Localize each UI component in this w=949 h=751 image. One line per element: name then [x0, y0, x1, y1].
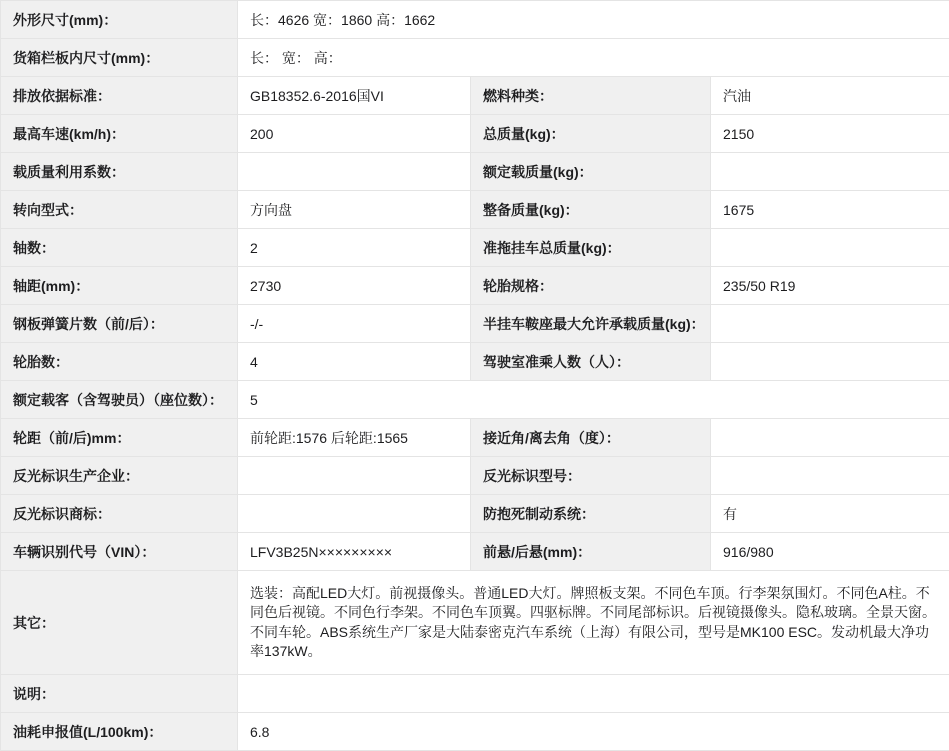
spec-value: 2150 — [711, 115, 949, 153]
spec-label: 前悬/后悬(mm)： — [471, 533, 711, 571]
table-row: 转向型式： 方向盘 整备质量(kg)： 1675 — [1, 191, 949, 229]
table-row: 油耗申报值(L/100km)： 6.8 — [1, 713, 949, 751]
spec-label: 油耗申报值(L/100km)： — [1, 713, 238, 751]
spec-value: 4 — [238, 343, 471, 381]
table-row: 钢板弹簧片数（前/后）： -/- 半挂车鞍座最大允许承载质量(kg)： — [1, 305, 949, 343]
spec-value: 916/980 — [711, 533, 949, 571]
spec-value — [711, 153, 949, 191]
spec-label: 说明： — [1, 675, 238, 713]
spec-label: 外形尺寸(mm)： — [1, 1, 238, 39]
spec-label: 燃料种类： — [471, 77, 711, 115]
table-row: 最高车速(km/h)： 200 总质量(kg)： 2150 — [1, 115, 949, 153]
spec-label: 防抱死制动系统： — [471, 495, 711, 533]
spec-label: 反光标识生产企业： — [1, 457, 238, 495]
spec-value: 2730 — [238, 267, 471, 305]
spec-value: 长：4626 宽：1860 高：1662 — [238, 1, 949, 39]
spec-value: 200 — [238, 115, 471, 153]
spec-label: 载质量利用系数： — [1, 153, 238, 191]
spec-value: 方向盘 — [238, 191, 471, 229]
spec-label: 整备质量(kg)： — [471, 191, 711, 229]
spec-value: 6.8 — [238, 713, 949, 751]
table-row: 额定载客（含驾驶员）（座位数）： 5 — [1, 381, 949, 419]
spec-label: 接近角/离去角（度）： — [471, 419, 711, 457]
spec-value: LFV3B25N××××××××× — [238, 533, 471, 571]
table-row: 反光标识生产企业： 反光标识型号： — [1, 457, 949, 495]
table-row: 说明： — [1, 675, 949, 713]
table-row: 货箱栏板内尺寸(mm)： 长： 宽： 高： — [1, 39, 949, 77]
spec-label: 货箱栏板内尺寸(mm)： — [1, 39, 238, 77]
spec-value — [711, 419, 949, 457]
spec-label: 其它： — [1, 571, 238, 675]
spec-value: 235/50 R19 — [711, 267, 949, 305]
spec-value: 1675 — [711, 191, 949, 229]
spec-label: 反光标识商标： — [1, 495, 238, 533]
spec-table: 外形尺寸(mm)： 长：4626 宽：1860 高：1662 货箱栏板内尺寸(m… — [0, 0, 949, 751]
spec-label: 反光标识型号： — [471, 457, 711, 495]
spec-label: 车辆识别代号（VIN）： — [1, 533, 238, 571]
spec-value — [711, 457, 949, 495]
table-row: 轮距（前/后)mm： 前轮距:1576 后轮距:1565 接近角/离去角（度）： — [1, 419, 949, 457]
vehicle-spec-sheet: 外形尺寸(mm)： 长：4626 宽：1860 高：1662 货箱栏板内尺寸(m… — [0, 0, 949, 751]
table-row: 反光标识商标： 防抱死制动系统： 有 — [1, 495, 949, 533]
spec-value: 5 — [238, 381, 949, 419]
spec-label: 额定载客（含驾驶员）（座位数）： — [1, 381, 238, 419]
spec-label: 轴数： — [1, 229, 238, 267]
spec-label: 转向型式： — [1, 191, 238, 229]
spec-value — [711, 343, 949, 381]
spec-value: 有 — [711, 495, 949, 533]
spec-value — [238, 153, 471, 191]
spec-value: GB18352.6-2016国VI — [238, 77, 471, 115]
spec-value: 汽油 — [711, 77, 949, 115]
table-row: 载质量利用系数： 额定载质量(kg)： — [1, 153, 949, 191]
spec-value: 2 — [238, 229, 471, 267]
spec-value — [711, 305, 949, 343]
spec-value — [238, 675, 949, 713]
spec-value: 前轮距:1576 后轮距:1565 — [238, 419, 471, 457]
spec-label: 排放依据标准： — [1, 77, 238, 115]
spec-value: 长： 宽： 高： — [238, 39, 949, 77]
table-row: 轴数： 2 准拖挂车总质量(kg)： — [1, 229, 949, 267]
spec-label: 总质量(kg)： — [471, 115, 711, 153]
spec-label: 轴距(mm)： — [1, 267, 238, 305]
spec-label: 准拖挂车总质量(kg)： — [471, 229, 711, 267]
spec-label: 轮胎规格： — [471, 267, 711, 305]
table-row: 车辆识别代号（VIN）： LFV3B25N××××××××× 前悬/后悬(mm)… — [1, 533, 949, 571]
table-row: 排放依据标准： GB18352.6-2016国VI 燃料种类： 汽油 — [1, 77, 949, 115]
table-row: 外形尺寸(mm)： 长：4626 宽：1860 高：1662 — [1, 1, 949, 39]
spec-label: 额定载质量(kg)： — [471, 153, 711, 191]
spec-label: 最高车速(km/h)： — [1, 115, 238, 153]
table-row: 轴距(mm)： 2730 轮胎规格： 235/50 R19 — [1, 267, 949, 305]
spec-label: 钢板弹簧片数（前/后）： — [1, 305, 238, 343]
spec-label: 半挂车鞍座最大允许承载质量(kg)： — [471, 305, 711, 343]
table-row: 轮胎数： 4 驾驶室准乘人数（人）： — [1, 343, 949, 381]
spec-value — [238, 495, 471, 533]
spec-label: 驾驶室准乘人数（人）： — [471, 343, 711, 381]
spec-value: 选装：高配LED大灯。前视摄像头。普通LED大灯。牌照板支架。不同色车顶。行李架… — [238, 571, 949, 675]
spec-value — [711, 229, 949, 267]
spec-value — [238, 457, 471, 495]
table-row: 其它： 选装：高配LED大灯。前视摄像头。普通LED大灯。牌照板支架。不同色车顶… — [1, 571, 949, 675]
spec-label: 轮胎数： — [1, 343, 238, 381]
spec-value: -/- — [238, 305, 471, 343]
spec-label: 轮距（前/后)mm： — [1, 419, 238, 457]
